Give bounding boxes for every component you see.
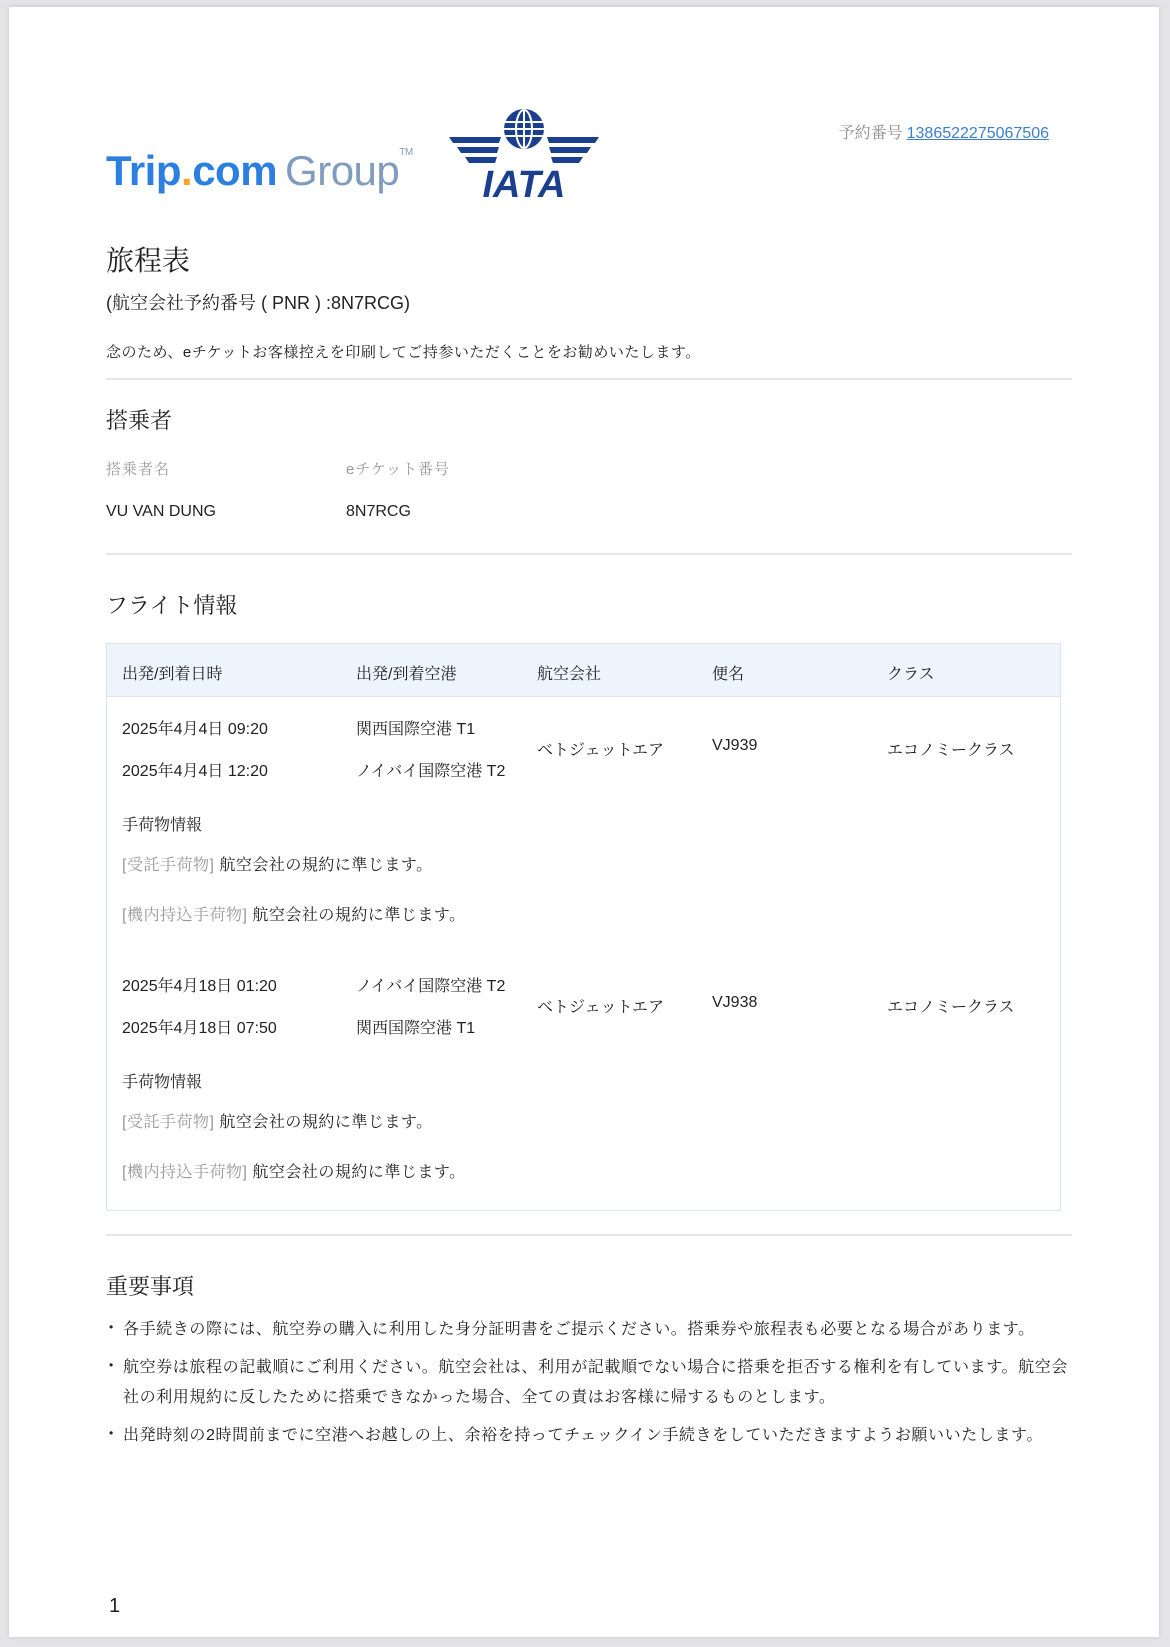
segment-2-flight-no: VJ938	[712, 994, 757, 1012]
checked-baggage-text: 航空会社の規約に準じます。	[219, 857, 432, 874]
print-notice: 念のため、eチケットお客様控えを印刷してご持参いただくことをお勧めいたします。	[106, 341, 701, 362]
eticket-number: 8N7RCG	[346, 503, 411, 521]
logo-dot: .	[181, 147, 192, 194]
carryon-baggage-text: 航空会社の規約に準じます。	[252, 907, 465, 924]
col-flight-no: 便名	[712, 661, 744, 684]
segment-1-arrive-airport: ノイバイ国際空港 T2	[356, 758, 505, 781]
segment-2-carryon-baggage: [機内持込手荷物] 航空会社の規約に準じます。	[122, 1159, 466, 1182]
bullet-icon: •	[109, 1350, 114, 1380]
segment-1-depart-time: 2025年4月4日 09:20	[122, 716, 268, 739]
iata-globe-wings-icon: IATA	[449, 107, 599, 199]
important-note: •出発時刻の2時間前までに空港へお越しの上、余裕を持ってチェックイン手続きをして…	[106, 1421, 1076, 1451]
important-note: •航空券は旅程の記載順にご利用ください。航空会社は、利用が記載順でない場合に搭乗…	[106, 1353, 1076, 1413]
segment-2-airline: ベトジェットエア	[537, 994, 664, 1017]
important-heading: 重要事項	[106, 1270, 194, 1301]
segment-1-airline: ベトジェットエア	[537, 737, 664, 760]
booking-number-link[interactable]: 1386522275067506	[907, 125, 1049, 142]
divider	[106, 378, 1072, 380]
flight-table-header: 出発/到着日時 出発/到着空港 航空会社 便名 クラス	[107, 644, 1060, 697]
col-class: クラス	[887, 661, 935, 684]
segment-2-depart-time: 2025年4月18日 01:20	[122, 973, 277, 996]
col-datetime: 出発/到着日時	[122, 661, 222, 684]
passenger-name-label: 搭乗者名	[106, 458, 170, 479]
segment-1-checked-baggage: [受託手荷物] 航空会社の規約に準じます。	[122, 852, 433, 875]
logo-group: Group	[285, 147, 399, 194]
passenger-name: VU VAN DUNG	[106, 503, 216, 521]
important-note: •各手続きの際には、航空券の購入に利用した身分証明書をご提示ください。搭乗券や旅…	[106, 1315, 1076, 1345]
iata-logo: IATA	[449, 107, 599, 199]
bullet-icon: •	[109, 1418, 114, 1448]
logo-tm: TM	[399, 147, 412, 158]
checked-baggage-text: 航空会社の規約に準じます。	[219, 1114, 432, 1131]
carryon-baggage-tag: [機内持込手荷物]	[122, 907, 247, 924]
segment-1-arrive-time: 2025年4月4日 12:20	[122, 758, 268, 781]
passengers-heading: 搭乗者	[106, 404, 172, 435]
divider	[106, 1234, 1072, 1236]
segment-1-baggage-title: 手荷物情報	[122, 812, 202, 835]
pnr-line: (航空会社予約番号 ( PNR ) :8N7RCG)	[106, 289, 410, 315]
col-airport: 出発/到着空港	[356, 661, 456, 684]
logo-com: com	[192, 147, 277, 194]
checked-baggage-tag: [受託手荷物]	[122, 1114, 214, 1131]
segment-2-depart-airport: ノイバイ国際空港 T2	[356, 973, 505, 996]
trip-com-group-logo: Trip.comGroupTM	[106, 147, 413, 195]
segment-2-checked-baggage: [受託手荷物] 航空会社の規約に準じます。	[122, 1109, 433, 1132]
page-title: 旅程表	[106, 239, 190, 279]
svg-text:IATA: IATA	[482, 164, 565, 199]
segment-2-cabin: エコノミークラス	[887, 994, 1015, 1017]
segment-1-cabin: エコノミークラス	[887, 737, 1015, 760]
booking-number: 予約番号1386522275067506	[839, 120, 1049, 143]
logo-trip: Trip	[106, 147, 181, 194]
segment-1-flight-no: VJ939	[712, 737, 757, 755]
important-notes-list: •各手続きの際には、航空券の購入に利用した身分証明書をご提示ください。搭乗券や旅…	[106, 1315, 1076, 1459]
booking-number-label: 予約番号	[839, 125, 903, 142]
eticket-number-label: eチケット番号	[346, 458, 450, 479]
divider	[106, 553, 1072, 555]
col-airline: 航空会社	[537, 661, 601, 684]
segment-2-arrive-airport: 関西国際空港 T1	[356, 1015, 475, 1038]
segment-2-baggage-title: 手荷物情報	[122, 1069, 202, 1092]
segment-1-depart-airport: 関西国際空港 T1	[356, 716, 475, 739]
segment-1-carryon-baggage: [機内持込手荷物] 航空会社の規約に準じます。	[122, 902, 466, 925]
bullet-icon: •	[109, 1312, 114, 1342]
checked-baggage-tag: [受託手荷物]	[122, 857, 214, 874]
segment-2-arrive-time: 2025年4月18日 07:50	[122, 1015, 277, 1038]
carryon-baggage-tag: [機内持込手荷物]	[122, 1164, 247, 1181]
page-number: 1	[109, 1595, 120, 1618]
document-page: Trip.comGroupTM IATA	[9, 7, 1159, 1637]
flight-table: 出発/到着日時 出発/到着空港 航空会社 便名 クラス 2025年4月4日 09…	[106, 643, 1061, 1211]
carryon-baggage-text: 航空会社の規約に準じます。	[252, 1164, 465, 1181]
flights-heading: フライト情報	[106, 589, 237, 620]
